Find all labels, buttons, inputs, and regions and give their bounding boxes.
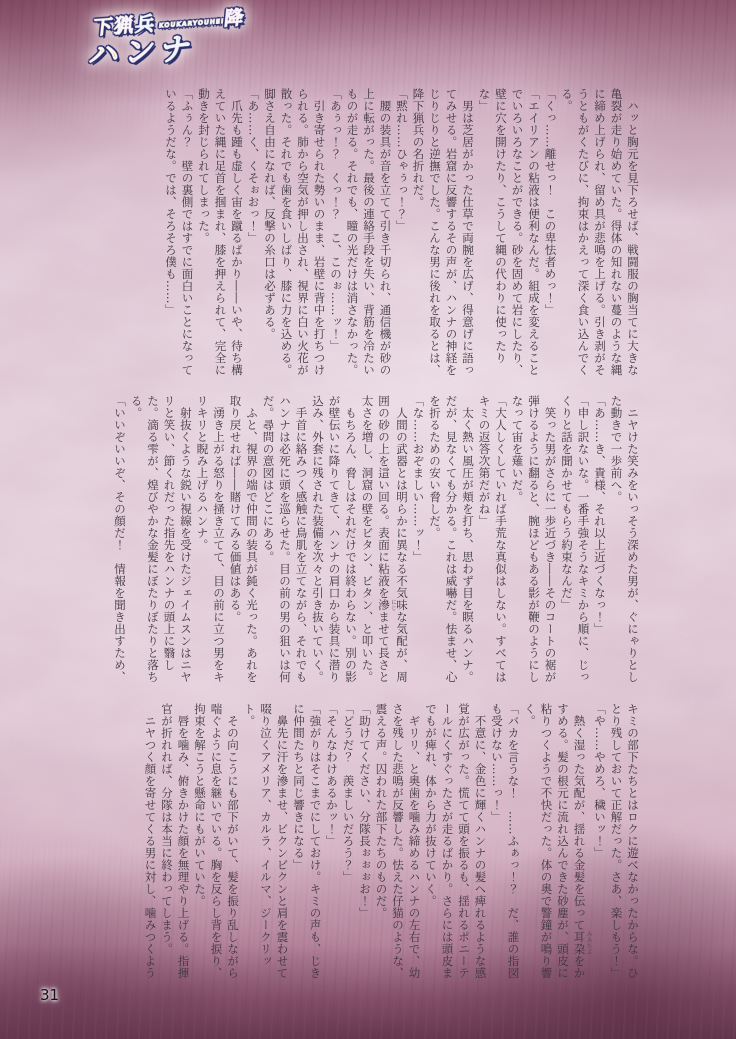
text-band-top: ハッと胸元を見下ろせば、戦闘服の胸当てに大きな亀裂が走り始めていた。得体の知れな… — [45, 88, 641, 376]
text-band-middle: ニヤけた笑みをいっそう深めた男が、ぐにゃりとした動きで一歩前へ。「あ……き、貴様… — [45, 395, 641, 691]
page-number: 31 — [40, 986, 59, 1004]
text-band-bottom: キミの部下たちとはロクに遊べなかったからな。ひとり残しておいて正解だった。さあ、… — [45, 703, 641, 985]
logo-romaji: KOUKARYOUHEI — [159, 18, 225, 30]
novel-page: 下猟兵KOUKARYOUHEI降 ハンナ ハッと胸元を見下ろせば、戦闘服の胸当て… — [0, 0, 736, 1039]
series-logo: 下猟兵KOUKARYOUHEI降 ハンナ — [86, 7, 248, 73]
